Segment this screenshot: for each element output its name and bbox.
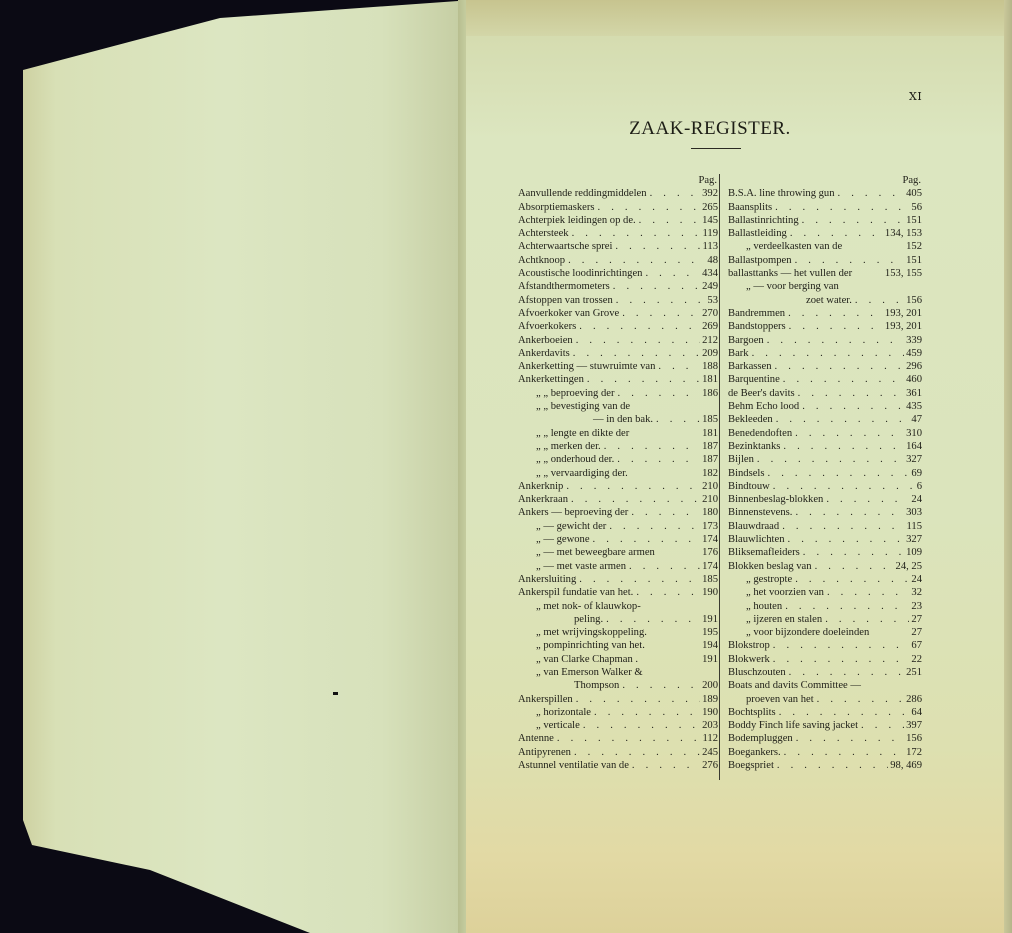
index-entry: proeven van het. . . . . . . . . . . . .… xyxy=(728,693,922,706)
index-entry: B.S.A. line throwing gun. . . . . . . . … xyxy=(728,187,922,200)
entry-term: Achterwaartsche sprei xyxy=(518,240,612,253)
leader-dots: . . . . . . . . . . . . . . . . . . . . … xyxy=(792,573,909,586)
leader-dots: . . . . . . . . . . . . . . . . . . . . … xyxy=(782,600,909,613)
leader-dots: . . . . . . . . . . . . . . . . . . . . … xyxy=(822,613,909,626)
entry-term: „ het voorzien van xyxy=(728,586,824,599)
entry-pages: 186 xyxy=(700,387,718,400)
index-entry: Ankerknip. . . . . . . . . . . . . . . .… xyxy=(518,480,718,493)
index-entry: Benedendoften. . . . . . . . . . . . . .… xyxy=(728,427,922,440)
index-entry: „ houten. . . . . . . . . . . . . . . . … xyxy=(728,600,922,613)
entry-pages: 27 xyxy=(909,626,922,639)
index-entry: Blauwlichten. . . . . . . . . . . . . . … xyxy=(728,533,922,546)
entry-pages: 189 xyxy=(700,693,718,706)
entry-term: Ankerkraan xyxy=(518,493,568,506)
leader-dots: . . . . . . . . . . . . . . . . . . . . … xyxy=(636,214,700,227)
entry-term: Blokwerk xyxy=(728,653,770,666)
index-entry: „ met nok- of klauwkop- xyxy=(518,600,718,613)
index-entry: Ankers — beproeving der. . . . . . . . .… xyxy=(518,506,718,519)
index-entry: Ballastpompen. . . . . . . . . . . . . .… xyxy=(728,254,922,267)
entry-pages: 286 xyxy=(904,693,922,706)
leader-dots: . . . . . . . . . . . . . . . . . . . . … xyxy=(793,732,904,745)
index-entry: „ — voor berging van xyxy=(728,280,922,293)
entry-pages: 180 xyxy=(700,506,718,519)
index-entry: „ verdeelkasten van de152 xyxy=(728,240,922,253)
entry-pages: 181 xyxy=(700,373,718,386)
leader-dots: . . . . . . . . . . . . . . . . . . . . … xyxy=(573,334,700,347)
index-entry: „ van Clarke Chapman .191 xyxy=(518,653,718,666)
index-entry: de Beer's davits. . . . . . . . . . . . … xyxy=(728,387,922,400)
entry-pages: 327 xyxy=(904,533,922,546)
entry-pages: 405 xyxy=(904,187,922,200)
entry-term: Achtknoop xyxy=(518,254,565,267)
leader-dots: . . . . . . . . . . . . . . . . . . . . … xyxy=(776,706,910,719)
leader-dots: . . . . . . . . . . . . . . . . . . . . … xyxy=(601,440,700,453)
entry-term: „ voor bijzondere doeleinden xyxy=(728,626,869,639)
index-entry: Ballastinrichting. . . . . . . . . . . .… xyxy=(728,214,922,227)
entry-pages: 181 xyxy=(700,427,718,440)
entry-term: Benedendoften xyxy=(728,427,792,440)
index-entry: Achterpiek leidingen op de.. . . . . . .… xyxy=(518,214,718,227)
leader-dots: . . . . . . . . . . . . . . . . . . . . … xyxy=(772,201,909,214)
entry-term: Boegankers. xyxy=(728,746,781,759)
index-entry: Astunnel ventilatie van de. . . . . . . … xyxy=(518,759,718,772)
index-entry: Afvoerkokers. . . . . . . . . . . . . . … xyxy=(518,320,718,333)
leader-dots: . . . . . . . . . . . . . . . . . . . . … xyxy=(580,719,700,732)
entry-pages: 251 xyxy=(904,666,922,679)
entry-term: Ankerketting — stuwruimte van xyxy=(518,360,655,373)
entry-term: Ankerdavits xyxy=(518,347,570,360)
entry-term: — in den bak. xyxy=(518,413,653,426)
leader-dots: . . . . . . . . . . . . . . . . . . . . … xyxy=(576,573,700,586)
leader-dots: . . . . . . . . . . . . . . . . . . . . … xyxy=(799,214,904,227)
index-entry: Bandremmen. . . . . . . . . . . . . . . … xyxy=(728,307,922,320)
entry-pages: 6 xyxy=(915,480,922,493)
entry-pages: 190 xyxy=(700,706,718,719)
entry-term: Boegspriet xyxy=(728,759,774,772)
leader-dots: . . . . . . . . . . . . . . . . . . . . … xyxy=(642,267,700,280)
entry-term: Ankers — beproeving der xyxy=(518,506,628,519)
index-entry: „ verticale. . . . . . . . . . . . . . .… xyxy=(518,719,718,732)
entry-term: Barkassen xyxy=(728,360,772,373)
leader-dots: . . . . . . . . . . . . . . . . . . . . … xyxy=(785,307,883,320)
index-entry: „ voor bijzondere doeleinden27 xyxy=(728,626,922,639)
index-entry: Ankerdavits. . . . . . . . . . . . . . .… xyxy=(518,347,718,360)
leader-dots: . . . . . . . . . . . . . . . . . . . . … xyxy=(780,373,904,386)
entry-term: Boats and davits Committee — xyxy=(728,679,861,692)
entry-term: Ballastleiding xyxy=(728,227,787,240)
entry-pages: 152 xyxy=(904,240,922,253)
leader-dots: . . . . . . . . . . . . . . . . . . . . … xyxy=(603,613,700,626)
entry-pages: 115 xyxy=(905,520,923,533)
entry-term: Ankerspil fundatie van het. xyxy=(518,586,633,599)
entry-term: „ van Emerson Walker & xyxy=(518,666,643,679)
index-entry: Bindtouw. . . . . . . . . . . . . . . . … xyxy=(728,480,922,493)
entry-pages: 156 xyxy=(904,294,922,307)
index-entry: Blokken beslag van. . . . . . . . . . . … xyxy=(728,560,922,573)
entry-term: „ horizontale xyxy=(518,706,591,719)
index-entry: Bijlen. . . . . . . . . . . . . . . . . … xyxy=(728,453,922,466)
entry-term: Astunnel ventilatie van de xyxy=(518,759,629,772)
leader-dots: . . . . . . . . . . . . . . . . . . . . … xyxy=(606,520,700,533)
entry-term: Blokken beslag van xyxy=(728,560,812,573)
index-entry: „ „ lengte en dikte der181 xyxy=(518,427,718,440)
leader-dots: . . . . . . . . . . . . . . . . . . . . … xyxy=(785,533,905,546)
index-entry: Bluschzouten. . . . . . . . . . . . . . … xyxy=(728,666,922,679)
leader-dots: . . . . . . . . . . . . . . . . . . . . … xyxy=(568,493,700,506)
entry-pages: 56 xyxy=(909,201,922,214)
entry-pages: 113 xyxy=(701,240,719,253)
entry-term: Bochtsplits xyxy=(728,706,776,719)
entry-term: „ verdeelkasten van de xyxy=(728,240,842,253)
entry-pages: 172 xyxy=(904,746,922,759)
entry-pages: 48 xyxy=(705,254,718,267)
entry-pages: 119 xyxy=(701,227,719,240)
entry-pages: 27 xyxy=(909,613,922,626)
index-entry: Bochtsplits. . . . . . . . . . . . . . .… xyxy=(728,706,922,719)
page-top-edge xyxy=(466,0,1012,36)
leader-dots: . . . . . . . . . . . . . . . . . . . . … xyxy=(629,759,700,772)
leader-dots: . . . . . . . . . . . . . . . . . . . . … xyxy=(571,746,700,759)
leader-dots: . . . . . . . . . . . . . . . . . . . . … xyxy=(792,427,904,440)
entry-pages: 245 xyxy=(700,746,718,759)
index-entry: Bandstoppers. . . . . . . . . . . . . . … xyxy=(728,320,922,333)
index-entry: „ van Emerson Walker & xyxy=(518,666,718,679)
entry-term: „ „ lengte en dikte der xyxy=(518,427,629,440)
entry-term: „ „ onderhoud der. xyxy=(518,453,614,466)
entry-term: Ankerkettingen xyxy=(518,373,584,386)
leader-dots: . . . . . . . . . . . . . . . . . . . . … xyxy=(792,506,904,519)
entry-term: proeven van het xyxy=(728,693,814,706)
pag-header: Pag. xyxy=(518,174,718,187)
page-title: ZAAK-REGISTER. xyxy=(560,118,860,140)
entry-pages: 22 xyxy=(909,653,922,666)
entry-term: Boddy Finch life saving jacket xyxy=(728,719,858,732)
entry-pages: 176 xyxy=(700,546,718,559)
leader-dots: . . . . . . . . . . . . . . . . . . . . … xyxy=(619,679,700,692)
entry-pages: 64 xyxy=(909,706,922,719)
leader-dots: . . . . . . . . . . . . . . . . . . . . … xyxy=(795,387,904,400)
entry-pages: 187 xyxy=(700,440,718,453)
entry-pages: 173 xyxy=(700,520,718,533)
entry-pages: 212 xyxy=(700,334,718,347)
leader-dots: . . . . . . . . . . . . . . . . . . . . … xyxy=(858,719,904,732)
entry-term: Bandstoppers xyxy=(728,320,786,333)
entry-pages: 269 xyxy=(700,320,718,333)
entry-term: de Beer's davits xyxy=(728,387,795,400)
title-rule xyxy=(691,148,741,149)
entry-pages: 156 xyxy=(904,732,922,745)
entry-pages: 339 xyxy=(904,334,922,347)
leader-dots: . . . . . . . . . . . . . . . . . . . . … xyxy=(770,480,915,493)
leader-dots: . . . . . . . . . . . . . . . . . . . . … xyxy=(563,480,700,493)
entry-pages: 185 xyxy=(700,413,718,426)
entry-pages: 435 xyxy=(904,400,922,413)
index-entry: Ankerspil fundatie van het.. . . . . . .… xyxy=(518,586,718,599)
entry-term: ballasttanks — het vullen der xyxy=(728,267,852,280)
entry-pages: 327 xyxy=(904,453,922,466)
index-column-right: Pag. B.S.A. line throwing gun. . . . . .… xyxy=(728,174,922,772)
leader-dots: . . . . . . . . . . . . . . . . . . . . … xyxy=(565,254,705,267)
index-entry: zoet water.. . . . . . . . . . . . . . .… xyxy=(728,294,922,307)
entry-pages: 174 xyxy=(700,560,718,573)
entry-term: Ballastinrichting xyxy=(728,214,799,227)
index-entry: Achtknoop. . . . . . . . . . . . . . . .… xyxy=(518,254,718,267)
index-entry: Ankerketting — stuwruimte van. . . . . .… xyxy=(518,360,718,373)
entry-pages: 209 xyxy=(700,347,718,360)
leader-dots: . . . . . . . . . . . . . . . . . . . . … xyxy=(570,347,700,360)
entry-term: Ankerspillen xyxy=(518,693,573,706)
index-entry: Barkassen. . . . . . . . . . . . . . . .… xyxy=(728,360,922,373)
entry-pages: 191 xyxy=(700,613,718,626)
entry-term: Bezinktanks xyxy=(728,440,780,453)
leader-dots: . . . . . . . . . . . . . . . . . . . . … xyxy=(569,227,701,240)
entry-term: Aanvullende reddingmiddelen xyxy=(518,187,647,200)
leader-dots: . . . . . . . . . . . . . . . . . . . . … xyxy=(770,639,910,652)
entry-term: „ gestropte xyxy=(728,573,792,586)
entry-pages: 397 xyxy=(904,719,922,732)
entry-term: Achtersteek xyxy=(518,227,569,240)
entry-pages: 276 xyxy=(700,759,718,772)
entry-term: Acoustische loodinrichtingen xyxy=(518,267,642,280)
leader-dots: . . . . . . . . . . . . . . . . . . . . … xyxy=(800,546,904,559)
entry-pages: 296 xyxy=(904,360,922,373)
entry-term: „ — met beweegbare armen xyxy=(518,546,655,559)
entry-term: „ van Clarke Chapman . xyxy=(518,653,638,666)
leader-dots: . . . . . . . . . . . . . . . . . . . . … xyxy=(774,759,888,772)
entry-pages: 187 xyxy=(700,453,718,466)
entry-pages: 112 xyxy=(701,732,719,745)
entry-term: Thompson xyxy=(518,679,619,692)
entry-pages: 361 xyxy=(904,387,922,400)
entry-term: Ankersluiting xyxy=(518,573,576,586)
index-entry: peling.. . . . . . . . . . . . . . . . .… xyxy=(518,613,718,626)
entry-term: „ „ vervaardiging der. xyxy=(518,467,628,480)
index-entry: „ „ onderhoud der.. . . . . . . . . . . … xyxy=(518,453,718,466)
leader-dots: . . . . . . . . . . . . . . . . . . . . … xyxy=(773,413,910,426)
index-entry: Antipyrenen. . . . . . . . . . . . . . .… xyxy=(518,746,718,759)
left-blank-page xyxy=(20,0,472,933)
entry-term: „ „ beproeving der xyxy=(518,387,615,400)
entry-pages: 190 xyxy=(700,586,718,599)
entry-term: „ met nok- of klauwkop- xyxy=(518,600,641,613)
entry-pages: 193, 201 xyxy=(883,320,922,333)
entry-term: Achterpiek leidingen op de. xyxy=(518,214,636,227)
leader-dots: . . . . . . . . . . . . . . . . . . . . … xyxy=(633,586,700,599)
entry-pages: 459 xyxy=(904,347,922,360)
leader-dots: . . . . . . . . . . . . . . . . . . . . … xyxy=(655,360,700,373)
entry-pages: 24 xyxy=(909,573,922,586)
leader-dots: . . . . . . . . . . . . . . . . . . . . … xyxy=(573,693,700,706)
entry-term: Bandremmen xyxy=(728,307,785,320)
index-entry: Bezinktanks. . . . . . . . . . . . . . .… xyxy=(728,440,922,453)
index-entry: Blokstrop. . . . . . . . . . . . . . . .… xyxy=(728,639,922,652)
index-entry: „ ijzeren en stalen. . . . . . . . . . .… xyxy=(728,613,922,626)
entry-term: Binnenbeslag-blokken xyxy=(728,493,823,506)
index-entry: Blokwerk. . . . . . . . . . . . . . . . … xyxy=(728,653,922,666)
entry-term: Ballastpompen xyxy=(728,254,792,267)
leader-dots: . . . . . . . . . . . . . . . . . . . . … xyxy=(749,347,905,360)
entry-term: „ met wrijvingskoppeling. xyxy=(518,626,647,639)
index-entry: Blauwdraad. . . . . . . . . . . . . . . … xyxy=(728,520,922,533)
entry-pages: 98, 469 xyxy=(888,759,922,772)
entry-term: „ „ merken der. xyxy=(518,440,601,453)
entry-pages: 303 xyxy=(904,506,922,519)
entry-pages: 270 xyxy=(700,307,718,320)
entry-term: Bluschzouten xyxy=(728,666,786,679)
entry-term: „ — gewone xyxy=(518,533,590,546)
index-entry: Bodempluggen. . . . . . . . . . . . . . … xyxy=(728,732,922,745)
leader-dots: . . . . . . . . . . . . . . . . . . . . … xyxy=(792,254,905,267)
leader-dots: . . . . . . . . . . . . . . . . . . . . … xyxy=(799,400,904,413)
leader-dots: . . . . . . . . . . . . . . . . . . . . … xyxy=(626,560,700,573)
entry-term: Blauwdraad xyxy=(728,520,779,533)
entry-pages: 434 xyxy=(700,267,718,280)
entry-pages: 67 xyxy=(909,639,922,652)
index-entry: Thompson. . . . . . . . . . . . . . . . … xyxy=(518,679,718,692)
index-entry: Binnenstevens.. . . . . . . . . . . . . … xyxy=(728,506,922,519)
index-entry: Ankersluiting. . . . . . . . . . . . . .… xyxy=(518,573,718,586)
entry-term: zoet water. xyxy=(728,294,852,307)
entry-pages: 203 xyxy=(700,719,718,732)
entry-term: Bark xyxy=(728,347,749,360)
entry-pages: 134, 153 xyxy=(883,227,922,240)
entry-pages: 151 xyxy=(904,214,922,227)
leader-dots: . . . . . . . . . . . . . . . . . . . . … xyxy=(628,506,700,519)
leader-dots: . . . . . . . . . . . . . . . . . . . . … xyxy=(590,533,701,546)
entry-pages: 174 xyxy=(700,533,718,546)
entry-pages: 392 xyxy=(700,187,718,200)
pag-header: Pag. xyxy=(728,174,922,187)
entry-term: Absorptiemaskers xyxy=(518,201,595,214)
entry-term: „ pompinrichting van het. xyxy=(518,639,645,652)
entry-term: Blokstrop xyxy=(728,639,770,652)
entry-term: peling. xyxy=(518,613,603,626)
entry-term: „ — voor berging van xyxy=(728,280,839,293)
entry-pages: 24, 25 xyxy=(894,560,922,573)
index-entry: Aanvullende reddingmiddelen. . . . . . .… xyxy=(518,187,718,200)
leader-dots: . . . . . . . . . . . . . . . . . . . . … xyxy=(614,453,700,466)
leader-dots: . . . . . . . . . . . . . . . . . . . . … xyxy=(852,294,904,307)
index-entry: „ „ beproeving der. . . . . . . . . . . … xyxy=(518,387,718,400)
index-entry: „ het voorzien van. . . . . . . . . . . … xyxy=(728,586,922,599)
index-entry: Binnenbeslag-blokken. . . . . . . . . . … xyxy=(728,493,922,506)
leader-dots: . . . . . . . . . . . . . . . . . . . . … xyxy=(764,334,904,347)
entry-term: Behm Echo lood xyxy=(728,400,799,413)
entry-pages: 210 xyxy=(700,493,718,506)
entry-pages: 195 xyxy=(700,626,718,639)
entry-term: Ankerboeien xyxy=(518,334,573,347)
entry-pages: 200 xyxy=(700,679,718,692)
leader-dots: . . . . . . . . . . . . . . . . . . . . … xyxy=(591,706,700,719)
leader-dots: . . . . . . . . . . . . . . . . . . . . … xyxy=(812,560,894,573)
entry-term: Bekleeden xyxy=(728,413,773,426)
entry-pages: 145 xyxy=(700,214,718,227)
entry-term: Bindtouw xyxy=(728,480,770,493)
entry-pages: 47 xyxy=(909,413,922,426)
index-entry: „ — met vaste armen. . . . . . . . . . .… xyxy=(518,560,718,573)
index-entry: Ankerkraan. . . . . . . . . . . . . . . … xyxy=(518,493,718,506)
leader-dots: . . . . . . . . . . . . . . . . . . . . … xyxy=(770,653,910,666)
entry-pages: 151 xyxy=(904,254,922,267)
leader-dots: . . . . . . . . . . . . . . . . . . . . … xyxy=(619,307,700,320)
entry-pages: 460 xyxy=(904,373,922,386)
index-entry: Behm Echo lood. . . . . . . . . . . . . … xyxy=(728,400,922,413)
entry-pages: 109 xyxy=(904,546,922,559)
entry-pages: 185 xyxy=(700,573,718,586)
entry-term: Bindsels xyxy=(728,467,765,480)
entry-term: Afstoppen van trossen xyxy=(518,294,613,307)
index-entry: „ „ vervaardiging der.182 xyxy=(518,467,718,480)
entry-pages: 265 xyxy=(700,201,718,214)
entry-pages: 193, 201 xyxy=(883,307,922,320)
index-entry: Acoustische loodinrichtingen. . . . . . … xyxy=(518,267,718,280)
index-entry: „ „ merken der.. . . . . . . . . . . . .… xyxy=(518,440,718,453)
index-entry: Afstandthermometers. . . . . . . . . . .… xyxy=(518,280,718,293)
entry-pages: 53 xyxy=(705,294,718,307)
entry-term: „ ijzeren en stalen xyxy=(728,613,822,626)
entry-term: Binnenstevens. xyxy=(728,506,792,519)
entry-pages: 32 xyxy=(909,586,922,599)
entry-pages: 249 xyxy=(700,280,718,293)
leader-dots: . . . . . . . . . . . . . . . . . . . . … xyxy=(786,320,883,333)
index-entry: Bliksemafleiders. . . . . . . . . . . . … xyxy=(728,546,922,559)
index-entry: Bindsels. . . . . . . . . . . . . . . . … xyxy=(728,467,922,480)
index-entry: Ankerspillen. . . . . . . . . . . . . . … xyxy=(518,693,718,706)
entry-term: „ „ bevestiging van de xyxy=(518,400,630,413)
entry-term: Barquentine xyxy=(728,373,780,386)
index-entry: — in den bak.. . . . . . . . . . . . . .… xyxy=(518,413,718,426)
entry-term: B.S.A. line throwing gun xyxy=(728,187,835,200)
leader-dots: . . . . . . . . . . . . . . . . . . . . … xyxy=(781,746,904,759)
leader-dots: . . . . . . . . . . . . . . . . . . . . … xyxy=(780,440,904,453)
leader-dots: . . . . . . . . . . . . . . . . . . . . … xyxy=(647,187,701,200)
index-entry: Bekleeden. . . . . . . . . . . . . . . .… xyxy=(728,413,922,426)
index-entry: Absorptiemaskers. . . . . . . . . . . . … xyxy=(518,201,718,214)
page-right-edge xyxy=(1004,0,1012,933)
index-entry: Afvoerkoker van Grove. . . . . . . . . .… xyxy=(518,307,718,320)
index-entry: „ — gewone. . . . . . . . . . . . . . . … xyxy=(518,533,718,546)
ink-speck xyxy=(333,692,338,695)
leader-dots: . . . . . . . . . . . . . . . . . . . . … xyxy=(835,187,905,200)
entry-term: „ — gewicht der xyxy=(518,520,606,533)
leader-dots: . . . . . . . . . . . . . . . . . . . . … xyxy=(786,666,904,679)
entry-pages: 191 xyxy=(700,653,718,666)
leader-dots: . . . . . . . . . . . . . . . . . . . . … xyxy=(610,280,700,293)
entry-term: Bliksemafleiders xyxy=(728,546,800,559)
index-entry: Antenne. . . . . . . . . . . . . . . . .… xyxy=(518,732,718,745)
index-entry: Boegankers.. . . . . . . . . . . . . . .… xyxy=(728,746,922,759)
entry-term: „ — met vaste armen xyxy=(518,560,626,573)
index-entry: „ pompinrichting van het.194 xyxy=(518,639,718,652)
index-entry: „ „ bevestiging van de xyxy=(518,400,718,413)
leader-dots: . . . . . . . . . . . . . . . . . . . . … xyxy=(787,227,883,240)
page-number: XI xyxy=(909,90,922,103)
index-entry: ballasttanks — het vullen der153, 155 xyxy=(728,267,922,280)
leader-dots: . . . . . . . . . . . . . . . . . . . . … xyxy=(772,360,905,373)
index-entry: „ — gewicht der. . . . . . . . . . . . .… xyxy=(518,520,718,533)
leader-dots: . . . . . . . . . . . . . . . . . . . . … xyxy=(615,387,701,400)
leader-dots: . . . . . . . . . . . . . . . . . . . . … xyxy=(823,493,909,506)
entry-term: Bodempluggen xyxy=(728,732,793,745)
leader-dots: . . . . . . . . . . . . . . . . . . . . … xyxy=(595,201,701,214)
index-entry: Achtersteek. . . . . . . . . . . . . . .… xyxy=(518,227,718,240)
entry-term: Afvoerkoker van Grove xyxy=(518,307,619,320)
entry-term: Baansplits xyxy=(728,201,772,214)
index-entry: Boddy Finch life saving jacket. . . . . … xyxy=(728,719,922,732)
index-entry: Bargoen. . . . . . . . . . . . . . . . .… xyxy=(728,334,922,347)
index-entry: Boegspriet. . . . . . . . . . . . . . . … xyxy=(728,759,922,772)
entry-term: Bijlen xyxy=(728,453,754,466)
